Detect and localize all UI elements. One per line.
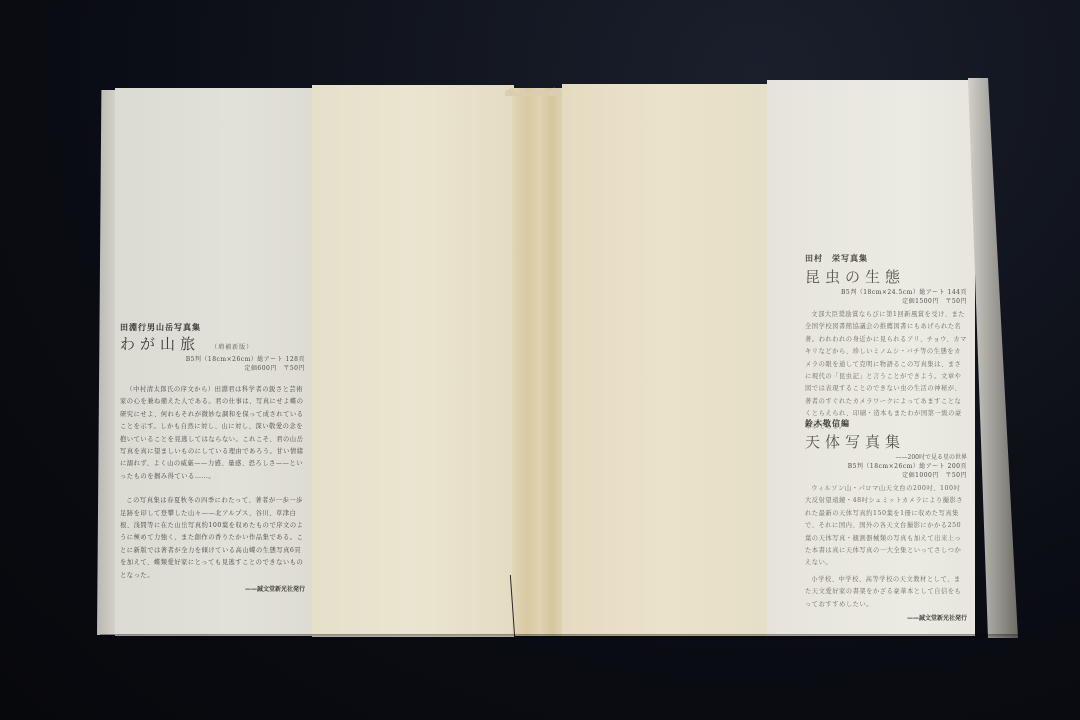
series-label: 田村 栄写真集	[805, 253, 967, 264]
blurb-paragraph-2: この写真集は春夏秋冬の四季にわたって、著者が一歩一歩足跡を印して登攀した山々——…	[120, 495, 305, 582]
blurb-paragraph: 文部大臣奨励賞ならびに第1回新風賞を受け、また全国学校図書館協議会の推薦図書にも…	[805, 309, 967, 433]
book-price: 定価1000円 〒50円	[805, 470, 967, 479]
title-row: わが山旅 （増補新版）	[120, 333, 305, 354]
book-tagline: ——200吋で見る星の世界	[805, 452, 967, 461]
book-spec: B5判（18cm×26cm）総アート 128頁	[120, 354, 305, 363]
blurb-paragraph-1: ウィルソン山・パロマ山天文台の200吋、100吋大反射望遠鏡・48吋シュミットカ…	[805, 483, 967, 570]
publisher: ——誠文堂新光社発行	[805, 613, 967, 622]
series-label: 田淵行男山岳写真集	[120, 322, 305, 333]
book-price: 定価600円 〒50円	[120, 363, 305, 372]
series-label: 鈴木敬信編	[805, 418, 967, 429]
book-title: 昆虫の生態	[805, 266, 967, 287]
book-dust-jacket: 田淵行男山岳写真集 わが山旅 （増補新版） B5判（18cm×26cm）総アート…	[0, 0, 1080, 720]
book-spec: B5判（18cm×26cm）総アート 200頁	[805, 461, 967, 470]
book-subtitle: （増補新版）	[211, 344, 253, 351]
book-title: わが山旅	[120, 335, 200, 353]
blurb-paragraph-2: 小学校、中学校、高等学校の天文教材として、また天文愛好家の書架をかざる豪華本とし…	[805, 574, 967, 611]
right-flap-edge	[968, 78, 1018, 638]
book-title: 天体写真集	[805, 431, 967, 452]
back-cover-panel	[312, 85, 514, 637]
front-cover-panel	[562, 84, 768, 636]
publisher: ——誠文堂新光社発行	[120, 584, 305, 593]
spine	[512, 88, 562, 636]
blurb-paragraph-1: （中村清太郎氏の序文から）田淵君は科学者の鋭さと芸術家の心を兼ね備えた人である。…	[120, 384, 305, 483]
right-flap-blurb-astronomy: 鈴木敬信編 天体写真集 ——200吋で見る星の世界 B5判（18cm×26cm）…	[805, 418, 967, 622]
left-flap-blurb: 田淵行男山岳写真集 わが山旅 （増補新版） B5判（18cm×26cm）総アート…	[120, 322, 305, 593]
book-price: 定価1500円 〒50円	[805, 296, 967, 305]
bottom-shadow	[100, 634, 1020, 640]
book-spec: B5判（18cm×24.5cm）総アート 144頁	[805, 287, 967, 296]
right-flap-blurb-insects: 田村 栄写真集 昆虫の生態 B5判（18cm×24.5cm）総アート 144頁 …	[805, 253, 967, 433]
